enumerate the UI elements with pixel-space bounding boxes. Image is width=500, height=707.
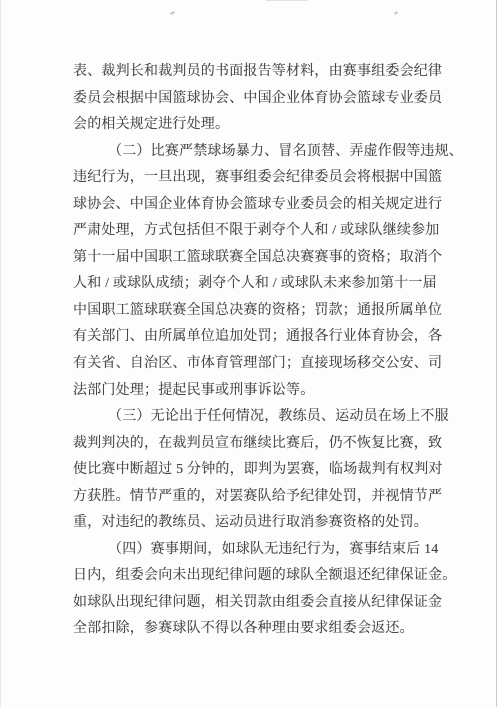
text-line: 法部门处理；提起民事或刑事诉讼等。	[73, 378, 483, 405]
scan-artifact-right-edge-line	[496, 0, 497, 707]
text-line: 委员会根据中国篮球协会、中国企业体育协会篮球专业委员	[73, 86, 483, 113]
text-line: 有关部门、由所属单位追加处罚；通报各行业体育协会，各	[73, 324, 483, 351]
text-line: 有关省、自治区、市体育管理部门；直接现场移交公安、司	[73, 351, 483, 378]
text-line: 会的相关规定进行处理。	[73, 112, 483, 139]
text-line: 严肃处理，方式包括但不限于剥夺个人和 / 或球队继续参加	[73, 218, 483, 245]
text-line: 日内，组委会向未出现纪律问题的球队全额退还纪律保证金。	[73, 563, 483, 590]
text-line: 使比赛中断超过 5 分钟的，即判为罢赛，临场裁判有权判对	[73, 457, 483, 484]
text-line: 人和 / 或球队成绩；剥夺个人和 / 或球队未来参加第十一届	[73, 271, 483, 298]
text-line: 如球队出现纪律问题，相关罚款由组委会直接从纪律保证金	[73, 590, 483, 617]
text-line: 重，对违纪的教练员、运动员进行取消参赛资格的处罚。	[73, 510, 483, 537]
text-line: （四）赛事期间，如球队无违纪行为，赛事结束后 14	[73, 537, 483, 564]
text-line: 球协会、中国企业体育协会篮球专业委员会的相关规定进行	[73, 192, 483, 219]
text-line: （三）无论出于任何情况，教练员、运动员在场上不服	[73, 404, 483, 431]
text-line: 全部扣除，参赛球队不得以各种理由要求组委会返还。	[73, 616, 483, 643]
text-line: 第十一届中国职工篮球联赛全国总决赛赛事的资格；取消个	[73, 245, 483, 272]
scanned-document-page: 表、裁判长和裁判员的书面报告等材料，由赛事组委会纪律委员会根据中国篮球协会、中国…	[0, 0, 500, 707]
text-line: （二）比赛严禁球场暴力、冒名顶替、弄虚作假等违规、	[73, 139, 483, 166]
text-line: 中国职工篮球联赛全国总决赛的资格；罚款；通报所属单位	[73, 298, 483, 325]
text-line: 方获胜。情节严重的，对罢赛队给予纪律处罚，并视情节严	[73, 484, 483, 511]
text-line: 裁判判决的，在裁判员宣布继续比赛后，仍不恢复比赛，致	[73, 431, 483, 458]
text-line: 表、裁判长和裁判员的书面报告等材料，由赛事组委会纪律	[73, 59, 483, 86]
scan-artifact-top-line	[266, 0, 308, 1]
text-line: 违纪行为，一旦出现，赛事组委会纪律委员会将根据中国篮	[73, 165, 483, 192]
scan-artifact-left-edge-line	[0, 0, 1, 707]
scan-artifact-speck	[394, 11, 398, 15]
document-text-block: 表、裁判长和裁判员的书面报告等材料，由赛事组委会纪律委员会根据中国篮球协会、中国…	[73, 59, 483, 643]
scan-artifact-speck	[170, 11, 175, 15]
